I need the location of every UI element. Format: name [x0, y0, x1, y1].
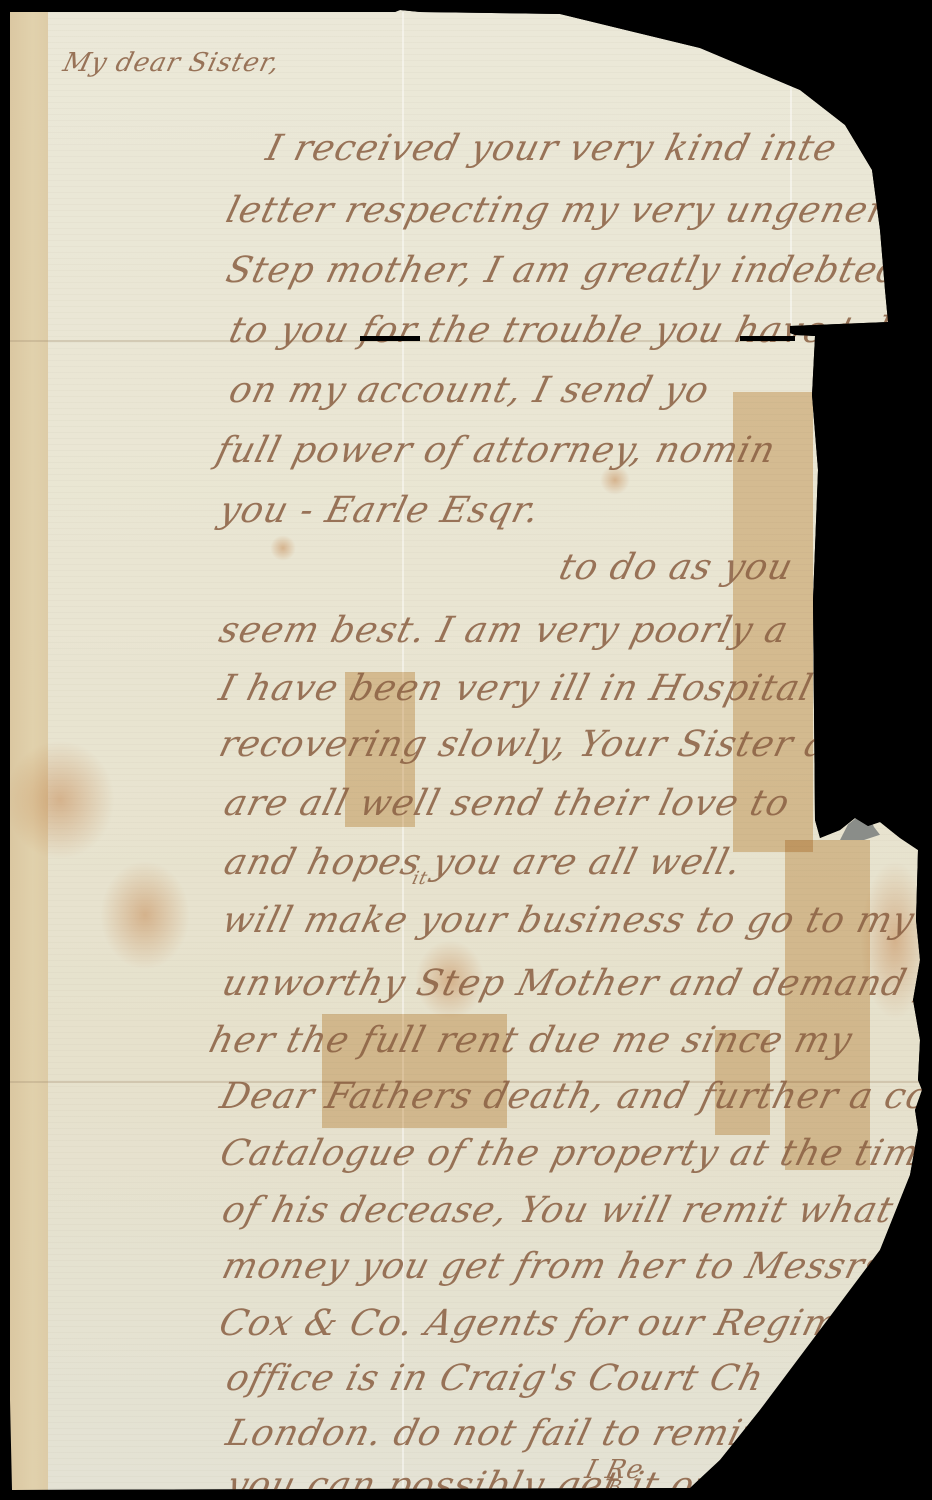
stain: [100, 860, 190, 970]
letter-line: Step mother, I am greatly indebted: [222, 250, 906, 291]
letter-line: on my account, I send yo: [225, 370, 714, 411]
letter-line: will make your business to go to my: [218, 900, 919, 941]
letter-line: office is in Craig's Court Ch: [222, 1358, 768, 1399]
letter-line: seem best. I am very poorly a: [215, 610, 793, 651]
letter-line: her the full rent due me since my: [205, 1020, 857, 1061]
stain: [270, 535, 296, 561]
letter-line: money you get from her to Messrs Green: [218, 1246, 932, 1287]
letter-line: London. do not fail to remit: [222, 1413, 762, 1454]
letter-line: Catalogue of the property at the time: [216, 1133, 932, 1174]
letter-line: and hopes you are all well.: [220, 842, 746, 883]
letter-line: to do as you: [555, 547, 798, 588]
fold-tear: [740, 336, 795, 341]
letter-line: Dear Fathers death, and further a correc…: [216, 1076, 932, 1117]
letter-line: full power of attorney, nomin: [212, 430, 780, 471]
letter-line: recovering slowly, Your Sister an: [215, 724, 857, 765]
letter-line: I received your very kind inte: [262, 128, 841, 169]
repair-tape-right-lower: [785, 840, 870, 1170]
letter-line: to you for the trouble you have take: [225, 310, 927, 351]
letter-line: Cox & Co. Agents for our Regiment: [215, 1303, 905, 1344]
letter-line: letter respecting my very ungenero: [222, 190, 914, 231]
letter-line: of his decease, You will remit what: [218, 1190, 898, 1231]
letter-line: I have been very ill in Hospital: [215, 668, 817, 709]
stain: [5, 740, 115, 860]
letter-line: unworthy Step Mother and demand from: [218, 963, 932, 1004]
salutation: My dear Sister,: [60, 48, 283, 78]
letter-line: are all well send their love to: [220, 783, 794, 824]
letter-line: you - Earle Esqr.: [215, 490, 544, 531]
letter-line: you can possibly get it out: [222, 1465, 739, 1500]
fold-tear: [360, 336, 420, 341]
